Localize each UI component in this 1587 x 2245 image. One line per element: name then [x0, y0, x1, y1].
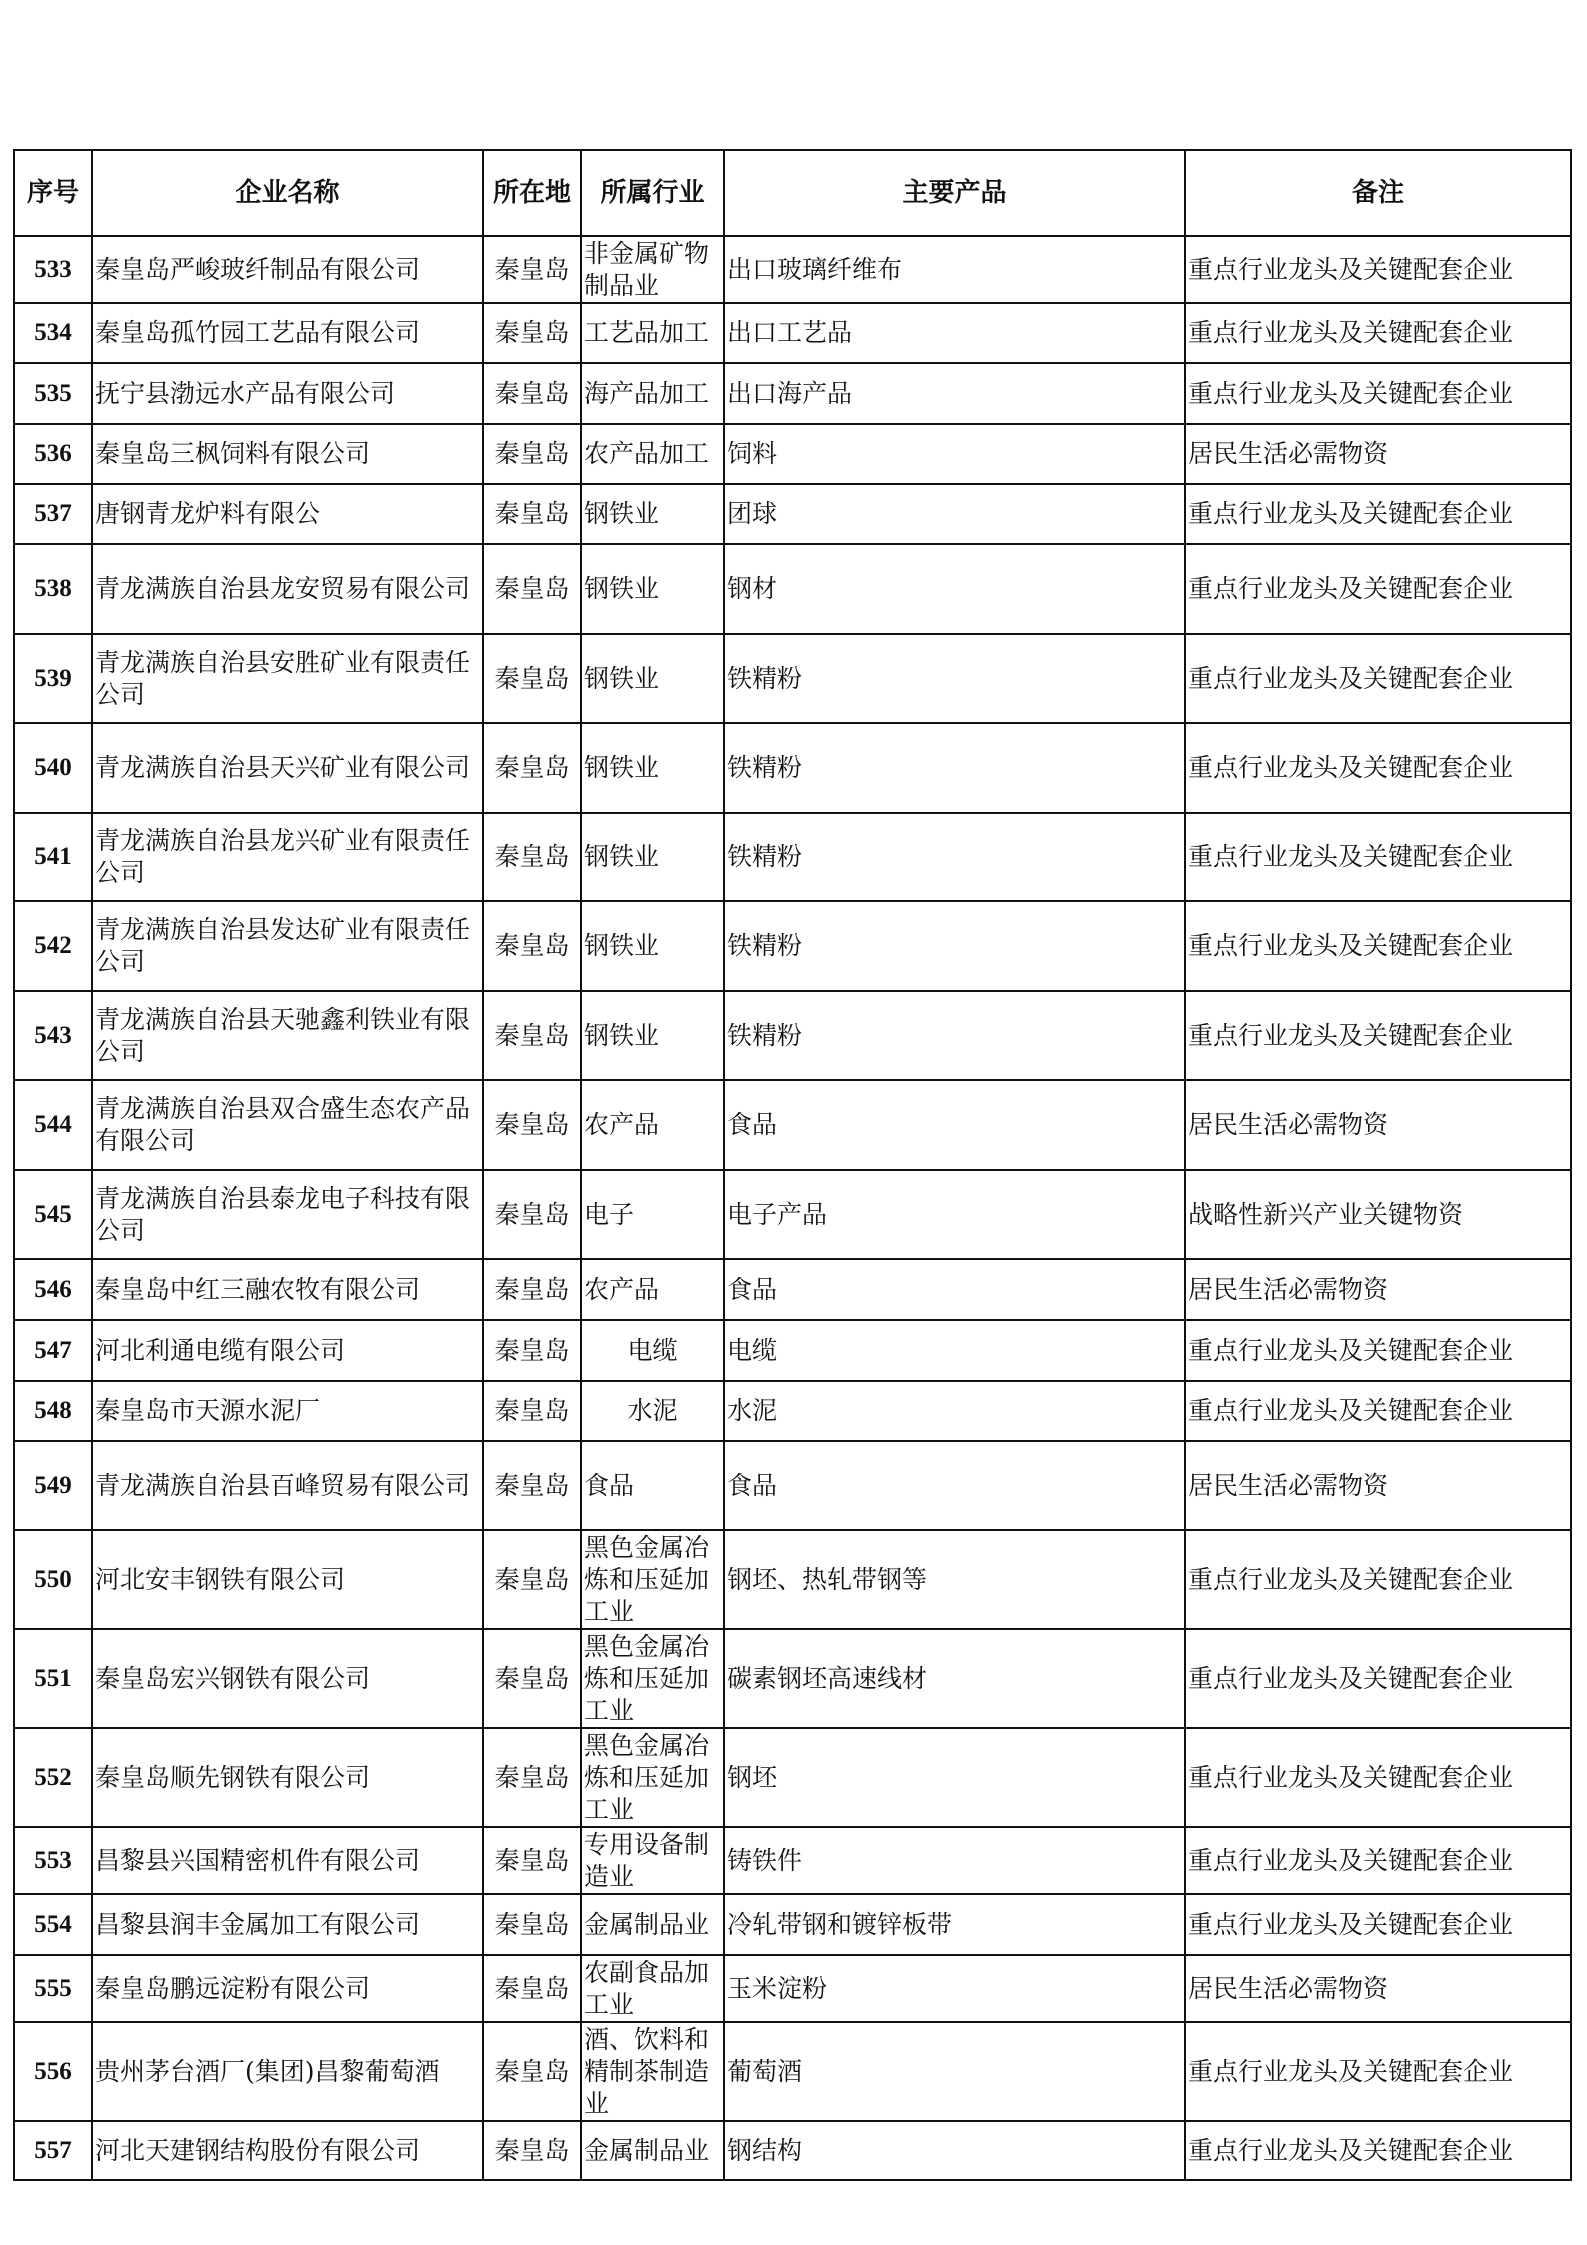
remarks-cell: 重点行业龙头及关键配套企业 — [1185, 813, 1571, 901]
company-name-cell: 秦皇岛严峻玻纤制品有限公司 — [92, 236, 483, 303]
table-row: 543青龙满族自治县天驰鑫利铁业有限公司秦皇岛钢铁业铁精粉重点行业龙头及关键配套… — [14, 991, 1571, 1080]
industry-cell: 工艺品加工 — [581, 303, 724, 363]
table-row: 534秦皇岛孤竹园工艺品有限公司秦皇岛工艺品加工出口工艺品重点行业龙头及关键配套… — [14, 303, 1571, 363]
table-row: 540青龙满族自治县天兴矿业有限公司秦皇岛钢铁业铁精粉重点行业龙头及关键配套企业 — [14, 723, 1571, 813]
industry-cell: 黑色金属冶炼和压延加工业 — [581, 1530, 724, 1629]
company-name-cell: 昌黎县润丰金属加工有限公司 — [92, 1894, 483, 1955]
table-row: 557河北天建钢结构股份有限公司秦皇岛金属制品业钢结构重点行业龙头及关键配套企业 — [14, 2121, 1571, 2180]
industry-cell: 非金属矿物制品业 — [581, 236, 724, 303]
remarks-cell: 居民生活必需物资 — [1185, 424, 1571, 484]
table-row: 554昌黎县润丰金属加工有限公司秦皇岛金属制品业冷轧带钢和镀锌板带重点行业龙头及… — [14, 1894, 1571, 1955]
serial-number-cell: 551 — [14, 1629, 92, 1728]
main-product-cell: 铁精粉 — [724, 813, 1185, 901]
company-name-cell: 秦皇岛宏兴钢铁有限公司 — [92, 1629, 483, 1728]
header-industry: 所属行业 — [581, 150, 724, 236]
remarks-cell: 重点行业龙头及关键配套企业 — [1185, 634, 1571, 723]
company-name-cell: 青龙满族自治县百峰贸易有限公司 — [92, 1441, 483, 1530]
table-row: 536秦皇岛三枫饲料有限公司秦皇岛农产品加工饲料居民生活必需物资 — [14, 424, 1571, 484]
remarks-cell: 重点行业龙头及关键配套企业 — [1185, 484, 1571, 544]
table-row: 551秦皇岛宏兴钢铁有限公司秦皇岛黑色金属冶炼和压延加工业碳素钢坯高速线材重点行… — [14, 1629, 1571, 1728]
table-row: 547河北利通电缆有限公司秦皇岛电缆电缆重点行业龙头及关键配套企业 — [14, 1320, 1571, 1381]
main-product-cell: 玉米淀粉 — [724, 1955, 1185, 2022]
location-cell: 秦皇岛 — [483, 363, 581, 424]
table-row: 553昌黎县兴国精密机件有限公司秦皇岛专用设备制造业铸铁件重点行业龙头及关键配套… — [14, 1827, 1571, 1894]
company-name-cell: 河北天建钢结构股份有限公司 — [92, 2121, 483, 2180]
remarks-cell: 重点行业龙头及关键配套企业 — [1185, 1728, 1571, 1827]
main-product-cell: 出口玻璃纤维布 — [724, 236, 1185, 303]
table-row: 549青龙满族自治县百峰贸易有限公司秦皇岛食品食品居民生活必需物资 — [14, 1441, 1571, 1530]
table-row: 548秦皇岛市天源水泥厂秦皇岛水泥水泥重点行业龙头及关键配套企业 — [14, 1381, 1571, 1441]
main-product-cell: 冷轧带钢和镀锌板带 — [724, 1894, 1185, 1955]
remarks-cell: 居民生活必需物资 — [1185, 1080, 1571, 1170]
remarks-cell: 重点行业龙头及关键配套企业 — [1185, 2121, 1571, 2180]
serial-number-cell: 543 — [14, 991, 92, 1080]
company-name-cell: 贵州茅台酒厂(集团)昌黎葡萄酒 — [92, 2022, 483, 2121]
industry-cell: 电子 — [581, 1170, 724, 1259]
main-product-cell: 铁精粉 — [724, 991, 1185, 1080]
industry-cell: 钢铁业 — [581, 723, 724, 813]
location-cell: 秦皇岛 — [483, 1894, 581, 1955]
main-product-cell: 钢结构 — [724, 2121, 1185, 2180]
table-header-row: 序号 企业名称 所在地 所属行业 主要产品 备注 — [14, 150, 1571, 236]
table-row: 539青龙满族自治县安胜矿业有限责任公司秦皇岛钢铁业铁精粉重点行业龙头及关键配套… — [14, 634, 1571, 723]
table-row: 556贵州茅台酒厂(集团)昌黎葡萄酒秦皇岛酒、饮料和精制茶制造业葡萄酒重点行业龙… — [14, 2022, 1571, 2121]
serial-number-cell: 544 — [14, 1080, 92, 1170]
remarks-cell: 重点行业龙头及关键配套企业 — [1185, 991, 1571, 1080]
remarks-cell: 重点行业龙头及关键配套企业 — [1185, 1827, 1571, 1894]
company-name-cell: 秦皇岛顺先钢铁有限公司 — [92, 1728, 483, 1827]
serial-number-cell: 557 — [14, 2121, 92, 2180]
remarks-cell: 居民生活必需物资 — [1185, 1441, 1571, 1530]
company-name-cell: 青龙满族自治县发达矿业有限责任公司 — [92, 901, 483, 991]
company-name-cell: 青龙满族自治县天兴矿业有限公司 — [92, 723, 483, 813]
location-cell: 秦皇岛 — [483, 1259, 581, 1320]
company-name-cell: 青龙满族自治县双合盛生态农产品有限公司 — [92, 1080, 483, 1170]
main-product-cell: 电缆 — [724, 1320, 1185, 1381]
header-main-products: 主要产品 — [724, 150, 1185, 236]
serial-number-cell: 546 — [14, 1259, 92, 1320]
location-cell: 秦皇岛 — [483, 1827, 581, 1894]
serial-number-cell: 552 — [14, 1728, 92, 1827]
industry-cell: 食品 — [581, 1441, 724, 1530]
company-name-cell: 秦皇岛三枫饲料有限公司 — [92, 424, 483, 484]
serial-number-cell: 536 — [14, 424, 92, 484]
industry-cell: 农副食品加工业 — [581, 1955, 724, 2022]
main-product-cell: 食品 — [724, 1080, 1185, 1170]
company-name-cell: 秦皇岛鹏远淀粉有限公司 — [92, 1955, 483, 2022]
company-name-cell: 青龙满族自治县安胜矿业有限责任公司 — [92, 634, 483, 723]
location-cell: 秦皇岛 — [483, 1320, 581, 1381]
company-name-cell: 昌黎县兴国精密机件有限公司 — [92, 1827, 483, 1894]
location-cell: 秦皇岛 — [483, 901, 581, 991]
remarks-cell: 居民生活必需物资 — [1185, 1259, 1571, 1320]
header-company-name: 企业名称 — [92, 150, 483, 236]
main-product-cell: 铁精粉 — [724, 901, 1185, 991]
main-product-cell: 出口海产品 — [724, 363, 1185, 424]
location-cell: 秦皇岛 — [483, 2022, 581, 2121]
location-cell: 秦皇岛 — [483, 484, 581, 544]
industry-cell: 海产品加工 — [581, 363, 724, 424]
table-row: 546秦皇岛中红三融农牧有限公司秦皇岛农产品食品居民生活必需物资 — [14, 1259, 1571, 1320]
header-location: 所在地 — [483, 150, 581, 236]
remarks-cell: 重点行业龙头及关键配套企业 — [1185, 236, 1571, 303]
main-product-cell: 饲料 — [724, 424, 1185, 484]
location-cell: 秦皇岛 — [483, 2121, 581, 2180]
serial-number-cell: 554 — [14, 1894, 92, 1955]
industry-cell: 金属制品业 — [581, 2121, 724, 2180]
industry-cell: 钢铁业 — [581, 991, 724, 1080]
table-row: 545青龙满族自治县泰龙电子科技有限公司秦皇岛电子电子产品战略性新兴产业关键物资 — [14, 1170, 1571, 1259]
location-cell: 秦皇岛 — [483, 1441, 581, 1530]
serial-number-cell: 555 — [14, 1955, 92, 2022]
remarks-cell: 重点行业龙头及关键配套企业 — [1185, 1320, 1571, 1381]
serial-number-cell: 533 — [14, 236, 92, 303]
industry-cell: 钢铁业 — [581, 634, 724, 723]
serial-number-cell: 537 — [14, 484, 92, 544]
serial-number-cell: 548 — [14, 1381, 92, 1441]
serial-number-cell: 542 — [14, 901, 92, 991]
serial-number-cell: 547 — [14, 1320, 92, 1381]
serial-number-cell: 550 — [14, 1530, 92, 1629]
table-row: 544青龙满族自治县双合盛生态农产品有限公司秦皇岛农产品食品居民生活必需物资 — [14, 1080, 1571, 1170]
enterprise-table: 序号 企业名称 所在地 所属行业 主要产品 备注 533秦皇岛严峻玻纤制品有限公… — [13, 149, 1572, 2181]
table-row: 552秦皇岛顺先钢铁有限公司秦皇岛黑色金属冶炼和压延加工业钢坯重点行业龙头及关键… — [14, 1728, 1571, 1827]
header-serial-number: 序号 — [14, 150, 92, 236]
company-name-cell: 抚宁县渤远水产品有限公司 — [92, 363, 483, 424]
remarks-cell: 重点行业龙头及关键配套企业 — [1185, 2022, 1571, 2121]
table-row: 538青龙满族自治县龙安贸易有限公司秦皇岛钢铁业钢材重点行业龙头及关键配套企业 — [14, 544, 1571, 634]
table-row: 550河北安丰钢铁有限公司秦皇岛黑色金属冶炼和压延加工业钢坯、热轧带钢等重点行业… — [14, 1530, 1571, 1629]
main-product-cell: 碳素钢坯高速线材 — [724, 1629, 1185, 1728]
industry-cell: 金属制品业 — [581, 1894, 724, 1955]
main-product-cell: 电子产品 — [724, 1170, 1185, 1259]
header-remarks: 备注 — [1185, 150, 1571, 236]
serial-number-cell: 541 — [14, 813, 92, 901]
industry-cell: 钢铁业 — [581, 484, 724, 544]
table-row: 542青龙满族自治县发达矿业有限责任公司秦皇岛钢铁业铁精粉重点行业龙头及关键配套… — [14, 901, 1571, 991]
serial-number-cell: 540 — [14, 723, 92, 813]
table-row: 555秦皇岛鹏远淀粉有限公司秦皇岛农副食品加工业玉米淀粉居民生活必需物资 — [14, 1955, 1571, 2022]
main-product-cell: 水泥 — [724, 1381, 1185, 1441]
location-cell: 秦皇岛 — [483, 1629, 581, 1728]
serial-number-cell: 545 — [14, 1170, 92, 1259]
company-name-cell: 河北利通电缆有限公司 — [92, 1320, 483, 1381]
industry-cell: 酒、饮料和精制茶制造业 — [581, 2022, 724, 2121]
serial-number-cell: 539 — [14, 634, 92, 723]
location-cell: 秦皇岛 — [483, 813, 581, 901]
serial-number-cell: 549 — [14, 1441, 92, 1530]
serial-number-cell: 534 — [14, 303, 92, 363]
remarks-cell: 重点行业龙头及关键配套企业 — [1185, 901, 1571, 991]
remarks-cell: 重点行业龙头及关键配套企业 — [1185, 363, 1571, 424]
remarks-cell: 重点行业龙头及关键配套企业 — [1185, 1629, 1571, 1728]
company-name-cell: 秦皇岛孤竹园工艺品有限公司 — [92, 303, 483, 363]
industry-cell: 钢铁业 — [581, 901, 724, 991]
industry-cell: 黑色金属冶炼和压延加工业 — [581, 1728, 724, 1827]
company-name-cell: 青龙满族自治县天驰鑫利铁业有限公司 — [92, 991, 483, 1080]
company-name-cell: 青龙满族自治县泰龙电子科技有限公司 — [92, 1170, 483, 1259]
industry-cell: 专用设备制造业 — [581, 1827, 724, 1894]
location-cell: 秦皇岛 — [483, 303, 581, 363]
serial-number-cell: 535 — [14, 363, 92, 424]
company-name-cell: 秦皇岛中红三融农牧有限公司 — [92, 1259, 483, 1320]
company-name-cell: 青龙满族自治县龙兴矿业有限责任公司 — [92, 813, 483, 901]
location-cell: 秦皇岛 — [483, 723, 581, 813]
location-cell: 秦皇岛 — [483, 1080, 581, 1170]
location-cell: 秦皇岛 — [483, 1381, 581, 1441]
remarks-cell: 居民生活必需物资 — [1185, 1955, 1571, 2022]
table-row: 535抚宁县渤远水产品有限公司秦皇岛海产品加工出口海产品重点行业龙头及关键配套企… — [14, 363, 1571, 424]
serial-number-cell: 556 — [14, 2022, 92, 2121]
main-product-cell: 团球 — [724, 484, 1185, 544]
main-product-cell: 钢坯、热轧带钢等 — [724, 1530, 1185, 1629]
remarks-cell: 重点行业龙头及关键配套企业 — [1185, 544, 1571, 634]
remarks-cell: 重点行业龙头及关键配套企业 — [1185, 1530, 1571, 1629]
table-row: 541青龙满族自治县龙兴矿业有限责任公司秦皇岛钢铁业铁精粉重点行业龙头及关键配套… — [14, 813, 1571, 901]
main-product-cell: 铁精粉 — [724, 723, 1185, 813]
table-row: 537唐钢青龙炉料有限公秦皇岛钢铁业团球重点行业龙头及关键配套企业 — [14, 484, 1571, 544]
location-cell: 秦皇岛 — [483, 991, 581, 1080]
serial-number-cell: 553 — [14, 1827, 92, 1894]
industry-cell: 农产品 — [581, 1259, 724, 1320]
industry-cell: 水泥 — [581, 1381, 724, 1441]
remarks-cell: 重点行业龙头及关键配套企业 — [1185, 723, 1571, 813]
location-cell: 秦皇岛 — [483, 236, 581, 303]
company-name-cell: 秦皇岛市天源水泥厂 — [92, 1381, 483, 1441]
company-name-cell: 河北安丰钢铁有限公司 — [92, 1530, 483, 1629]
location-cell: 秦皇岛 — [483, 1530, 581, 1629]
location-cell: 秦皇岛 — [483, 544, 581, 634]
main-product-cell: 钢坯 — [724, 1728, 1185, 1827]
industry-cell: 农产品 — [581, 1080, 724, 1170]
remarks-cell: 重点行业龙头及关键配套企业 — [1185, 1381, 1571, 1441]
remarks-cell: 重点行业龙头及关键配套企业 — [1185, 303, 1571, 363]
industry-cell: 钢铁业 — [581, 813, 724, 901]
main-product-cell: 铁精粉 — [724, 634, 1185, 723]
main-product-cell: 钢材 — [724, 544, 1185, 634]
remarks-cell: 战略性新兴产业关键物资 — [1185, 1170, 1571, 1259]
location-cell: 秦皇岛 — [483, 1728, 581, 1827]
table-row: 533秦皇岛严峻玻纤制品有限公司秦皇岛非金属矿物制品业出口玻璃纤维布重点行业龙头… — [14, 236, 1571, 303]
serial-number-cell: 538 — [14, 544, 92, 634]
main-product-cell: 铸铁件 — [724, 1827, 1185, 1894]
industry-cell: 农产品加工 — [581, 424, 724, 484]
company-name-cell: 青龙满族自治县龙安贸易有限公司 — [92, 544, 483, 634]
industry-cell: 电缆 — [581, 1320, 724, 1381]
main-product-cell: 出口工艺品 — [724, 303, 1185, 363]
main-product-cell: 葡萄酒 — [724, 2022, 1185, 2121]
location-cell: 秦皇岛 — [483, 1170, 581, 1259]
main-product-cell: 食品 — [724, 1259, 1185, 1320]
location-cell: 秦皇岛 — [483, 424, 581, 484]
main-product-cell: 食品 — [724, 1441, 1185, 1530]
industry-cell: 钢铁业 — [581, 544, 724, 634]
industry-cell: 黑色金属冶炼和压延加工业 — [581, 1629, 724, 1728]
location-cell: 秦皇岛 — [483, 1955, 581, 2022]
company-name-cell: 唐钢青龙炉料有限公 — [92, 484, 483, 544]
location-cell: 秦皇岛 — [483, 634, 581, 723]
remarks-cell: 重点行业龙头及关键配套企业 — [1185, 1894, 1571, 1955]
